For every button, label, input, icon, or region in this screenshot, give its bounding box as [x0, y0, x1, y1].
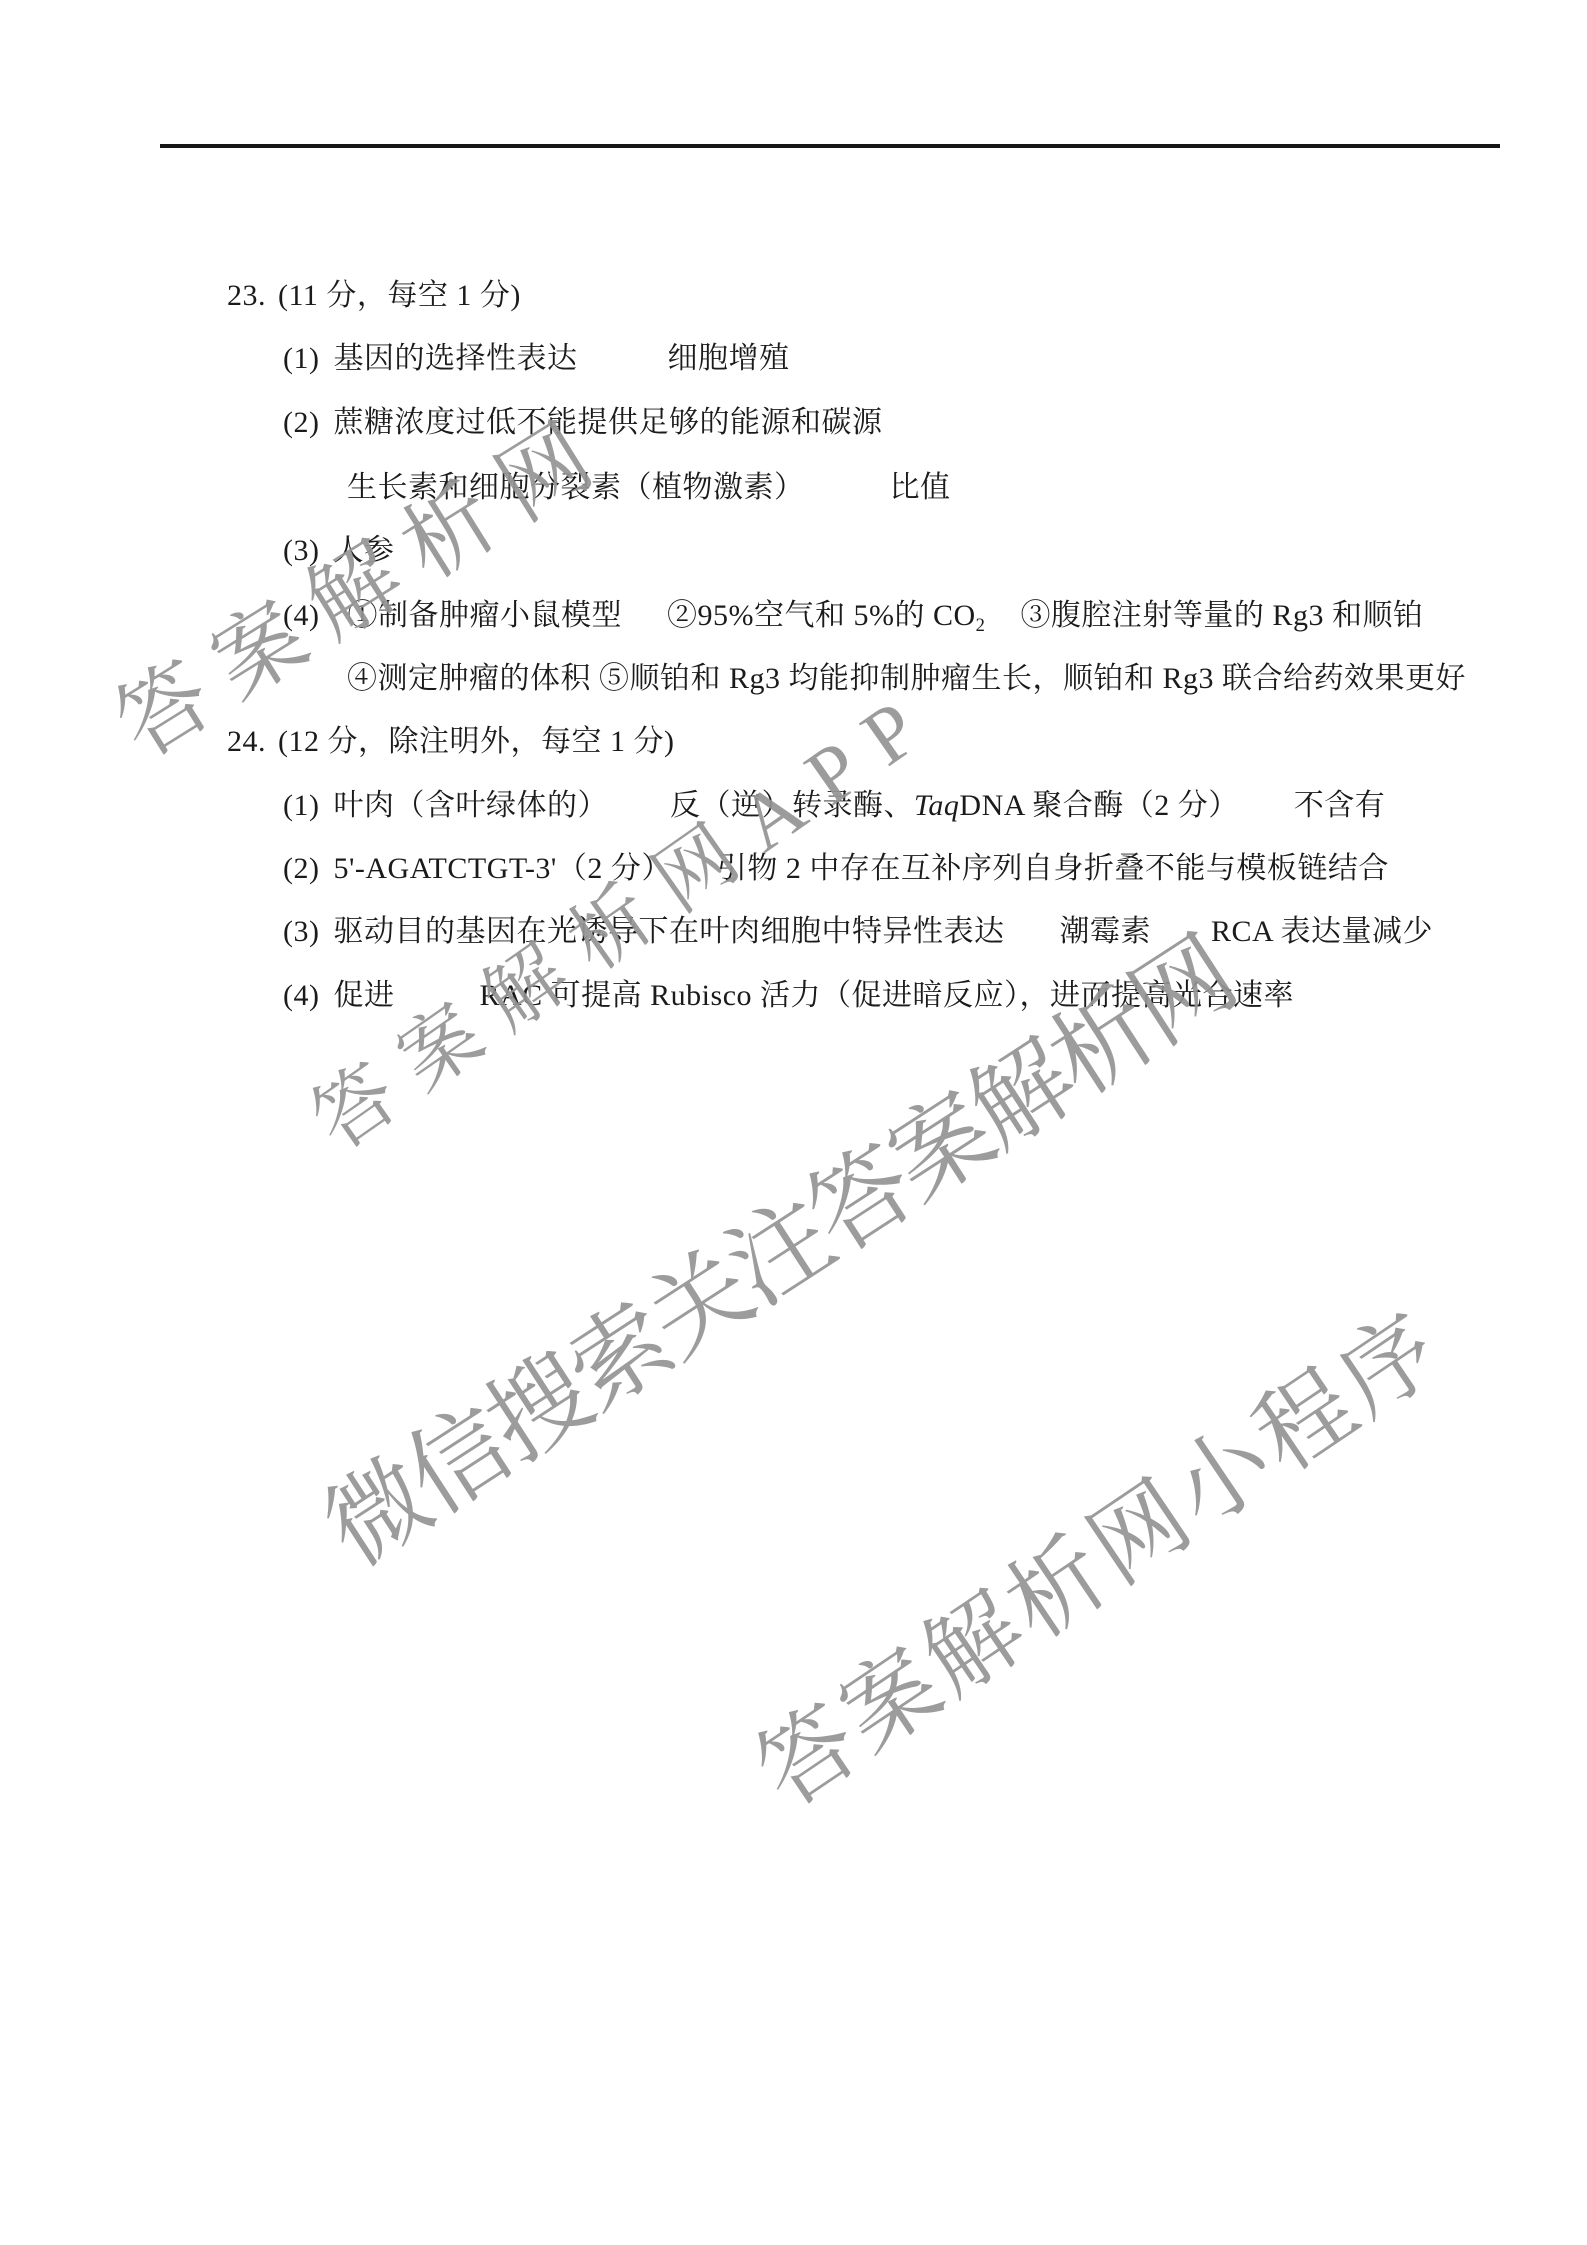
answer-item-label: (1) [283, 338, 319, 380]
answer-item-label: (1) [283, 785, 319, 827]
answer-blank-gap [1004, 940, 1059, 941]
answer-line: (1)基因的选择性表达细胞增殖 [283, 338, 789, 380]
answer-text: 比值 [890, 467, 951, 509]
answer-text: 叶肉（含叶绿体的） [333, 785, 608, 827]
answer-text: Taq [914, 785, 959, 827]
answer-item-label: (2) [283, 848, 319, 890]
question-score-note: (12 分，除注明外，每空 1 分) [278, 721, 674, 763]
answer-blank-gap [577, 367, 667, 368]
question-24-header: 24.(12 分，除注明外，每空 1 分) [227, 721, 674, 763]
question-23-header: 23.(11 分，每空 1 分) [227, 275, 521, 317]
answer-item-label: (4) [283, 975, 319, 1017]
answer-text: DNA 聚合酶（2 分） [959, 785, 1238, 827]
answer-blank-gap [1239, 814, 1294, 815]
answer-text: ②95%空气和 5%的 CO [667, 595, 976, 637]
answer-blank-gap [622, 624, 667, 625]
answer-text: 2 [976, 605, 986, 647]
watermark-text: 答案解析网小程序 [742, 1297, 1458, 1823]
answer-line: (3)驱动目的基因在光诱导下在叶肉细胞中特异性表达潮霉素RCA 表达量减少 [283, 911, 1433, 953]
header-rule [160, 144, 1500, 148]
answer-text: 引物 2 中存在互补序列自身折叠不能与模板链结合 [717, 848, 1389, 890]
answer-text: 不含有 [1294, 785, 1386, 827]
answer-line: (2)5'-AGATCTGT-3'（2 分）引物 2 中存在互补序列自身折叠不能… [283, 848, 1389, 890]
answer-item-label: (2) [283, 402, 319, 444]
answer-line: (4)①制备肿瘤小鼠模型②95%空气和 5%的 CO2③腹腔注射等量的 Rg3 … [283, 595, 1423, 647]
question-number: 23. [227, 275, 266, 317]
question-number: 24. [227, 721, 266, 763]
answer-text: 细胞增殖 [667, 338, 789, 380]
answer-blank-gap [608, 814, 670, 815]
answer-item-label: (3) [283, 911, 319, 953]
answer-text: RCA 表达量减少 [1211, 911, 1433, 953]
document-page: 23.(11 分，每空 1 分)(1)基因的选择性表达细胞增殖(2)蔗糖浓度过低… [0, 0, 1587, 2245]
answer-text: 基因的选择性表达 [333, 338, 577, 380]
answer-text: 促进 [333, 975, 394, 1017]
answer-blank-gap [985, 624, 1020, 625]
answer-text: ③腹腔注射等量的 Rg3 和顺铂 [1020, 595, 1423, 637]
answer-text: 蔗糖浓度过低不能提供足够的能源和碳源 [333, 402, 882, 444]
answer-text: 潮霉素 [1059, 911, 1151, 953]
watermark-text: 答案解析网 [103, 400, 626, 773]
answer-blank-gap [805, 496, 890, 497]
question-score-note: (11 分，每空 1 分) [278, 275, 521, 317]
